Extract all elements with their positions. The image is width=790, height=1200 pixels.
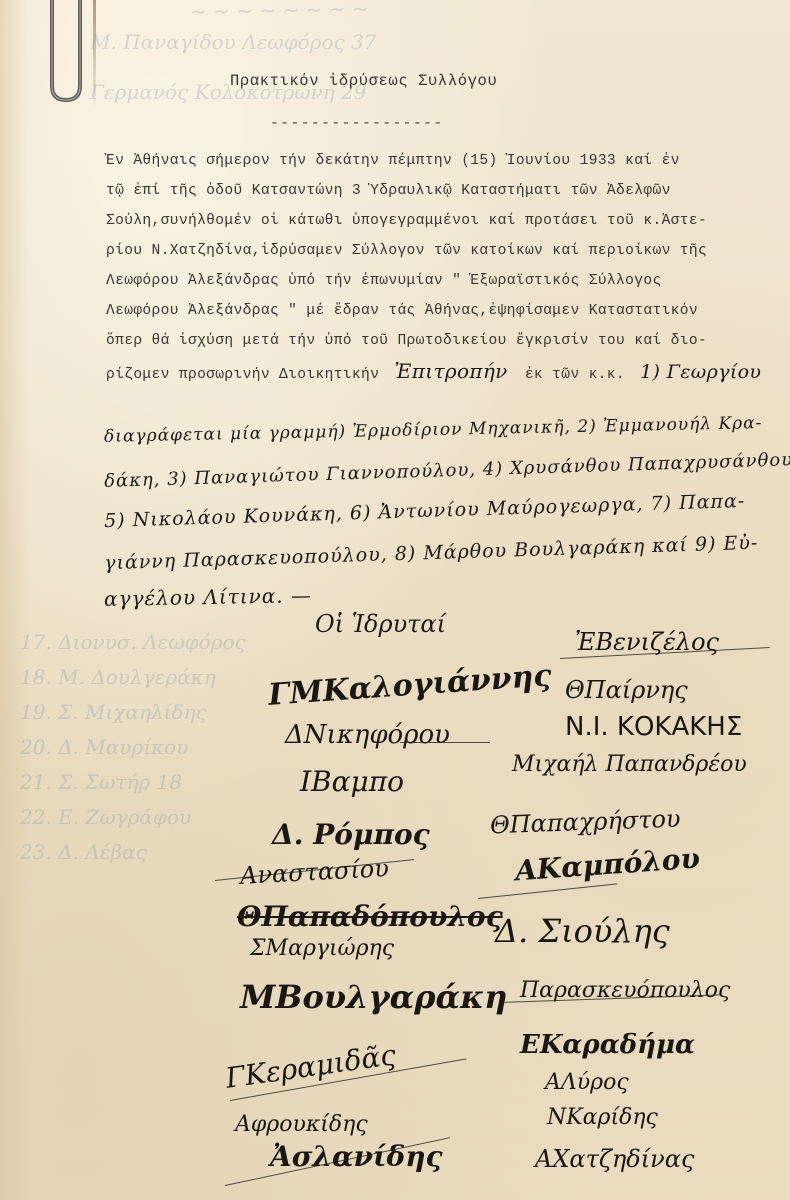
typed-line: ὅπερ θά ἰσχύση μετά τήν ὑπό τοῦ Πρωτοδικ…: [106, 326, 786, 356]
signature: ΙΒαμπο: [300, 765, 404, 798]
signature: ΘΠαίρνης: [565, 676, 688, 704]
typed-line: τῷ ἐπί τῆς ὁδοῦ Κατσαντώνη 3 Ὑδραυλικῷ Κ…: [106, 176, 786, 206]
title-underline: -----------------: [270, 115, 443, 132]
document-title: Πρακτικόν ἱδρύσεως Συλλόγου: [230, 72, 497, 90]
handwritten-fragment: 1) Γεωργίου: [640, 361, 761, 383]
typed-line: Ἐν Ἀθήναις σήμερον τήν δεκάτην πέμπτην (…: [106, 146, 786, 176]
typed-line: Σούλη,συνήλθομέν οἱ κάτωθι ὑπογεγραμμένο…: [106, 206, 786, 236]
rust-stain: [93, 0, 96, 110]
signature: Δ. Σιούλης: [495, 912, 670, 950]
signature: Ν.Ι. ΚΟΚΑΚΗΣ: [565, 712, 742, 742]
signature: ΕΚαραδήμα: [520, 1030, 695, 1060]
signature: ΔΝικηφόρου: [285, 720, 450, 750]
typed-line: Λεωφόρου Ἀλεξάνδρας ὑπό τήν ἐπωνυμίαν " …: [106, 266, 786, 296]
typed-line: ρίου Ν.Χατζηδίνα,ἱδρύσαμεν Σύλλογον τῶν …: [106, 236, 786, 266]
signature: ΘΠαπαδόπουλος: [237, 900, 503, 933]
signature: Αφρουκίδης: [235, 1112, 368, 1137]
handwritten-line: αγγέλου Λίτινα. —: [104, 583, 312, 611]
typed-line-fragment: ρίζομεν προσωρινήν Διοικητικήν: [106, 367, 379, 383]
signatories-heading: Οἱ Ἱδρυταί: [315, 610, 446, 638]
signature: ΑΧατζηδίνας: [535, 1145, 694, 1173]
paper-clip-icon: [40, 0, 88, 108]
signature: ΝΚαρίδης: [547, 1105, 658, 1130]
signature: ΣΜαργιώρης: [250, 936, 394, 961]
signature: Δ. Ρόμπος: [272, 818, 430, 851]
typed-line: ρίζομεν προσωρινήν Διοικητικήν Ἐπιτροπήν…: [106, 356, 786, 386]
signature-flourish: [400, 742, 490, 743]
paper-fold-shadow: [0, 0, 30, 1200]
signature: ΜΒουλγαράκη: [240, 978, 507, 1016]
typed-body: Ἐν Ἀθήναις σήμερον τήν δεκάτην πέμπτην (…: [106, 146, 786, 386]
handwritten-insert: Ἐπιτροπήν: [394, 359, 507, 383]
typed-line-fragment: ἐκ τῶν κ.κ.: [525, 367, 625, 383]
signature: ΑΛύρος: [545, 1070, 629, 1095]
signature: Μιχαήλ Παπανδρέου: [512, 752, 747, 777]
typed-line: Λεωφόρου Ἀλεξάνδρας " μέ ἕδραν τάς Ἀθήνα…: [106, 296, 786, 326]
